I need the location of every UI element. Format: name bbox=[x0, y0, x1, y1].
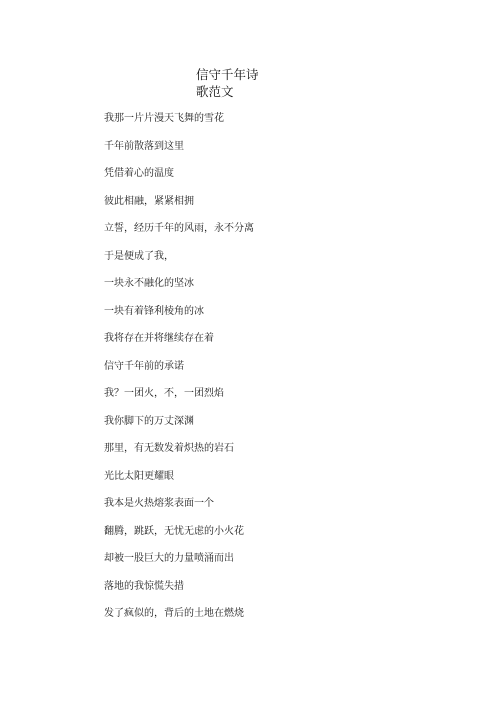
poem-line: 千年前散落到这里 bbox=[104, 140, 254, 168]
poem-line: 光比太阳更耀眼 bbox=[104, 470, 254, 498]
poem-line: 翻腾，跳跃，无忧无虑的小火花 bbox=[104, 525, 254, 553]
poem-line: 一块永不融化的坚冰 bbox=[104, 277, 254, 305]
poem-line: 信守千年前的承诺 bbox=[104, 360, 254, 388]
poem-line: 我本是火热熔浆表面一个 bbox=[104, 497, 254, 525]
poem-line: 我将存在并将继续存在着 bbox=[104, 332, 254, 360]
poem-line: 凭借着心的温度 bbox=[104, 167, 254, 195]
poem-line: 我你脚下的万丈深渊 bbox=[104, 415, 254, 443]
poem-line: 发了疯似的，背后的土地在燃烧 bbox=[104, 607, 254, 635]
document-page: 信守千年诗歌范文 我那一片片漫天飞舞的雪花 千年前散落到这里 凭借着心的温度 彼… bbox=[0, 0, 500, 708]
poem-line: 却被一股巨大的力量喷涌而出 bbox=[104, 552, 254, 580]
poem-line: 我那一片片漫天飞舞的雪花 bbox=[104, 112, 254, 140]
poem-line: 落地的我惊慌失措 bbox=[104, 580, 254, 608]
poem-line: 彼此相融，紧紧相拥 bbox=[104, 195, 254, 223]
poem-line: 我？一团火，不，一团烈焰 bbox=[104, 387, 254, 415]
poem-line: 立誓，经历千年的风雨，永不分离 bbox=[104, 222, 254, 250]
poem-line: 于是便成了我， bbox=[104, 250, 254, 278]
poem-line: 一块有着锋利棱角的冰 bbox=[104, 305, 254, 333]
poem-line: 那里，有无数发着炽热的岩石 bbox=[104, 442, 254, 470]
document-title: 信守千年诗歌范文 bbox=[196, 66, 266, 100]
poem-body: 我那一片片漫天飞舞的雪花 千年前散落到这里 凭借着心的温度 彼此相融，紧紧相拥 … bbox=[104, 112, 254, 635]
